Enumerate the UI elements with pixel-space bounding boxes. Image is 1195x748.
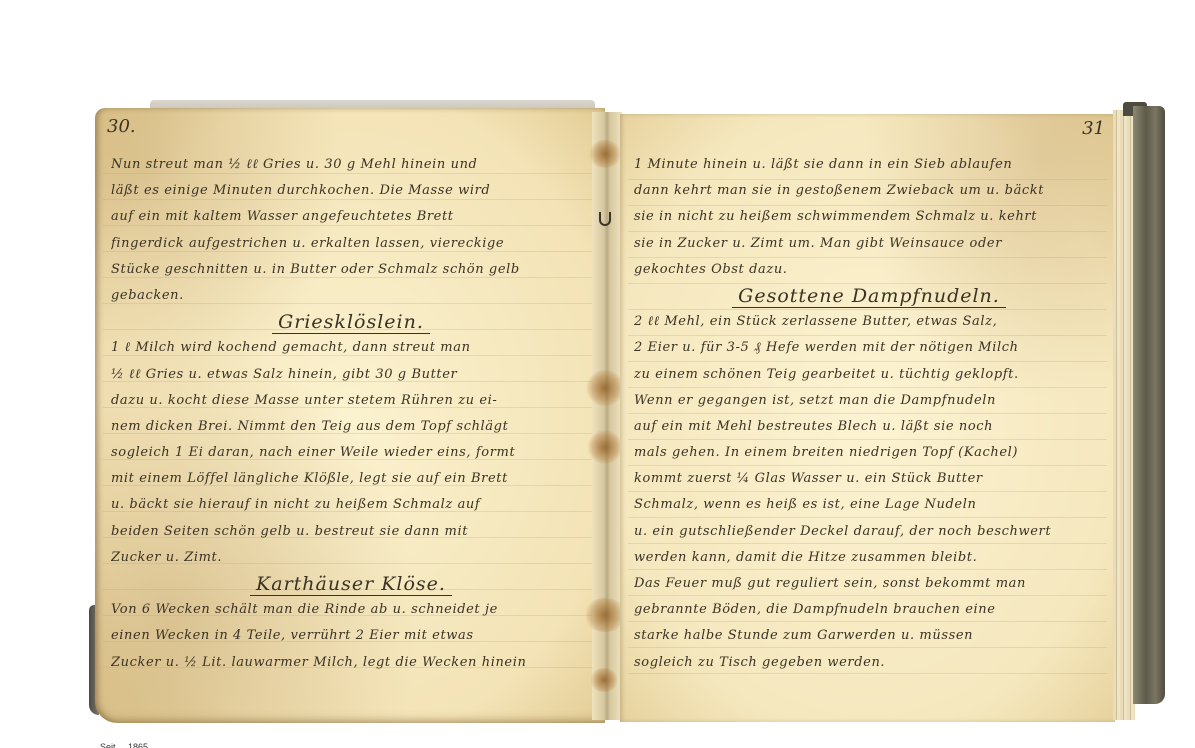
text-line: Von 6 Wecken schält man die Rinde ab u. …: [111, 597, 591, 623]
text-line: dann kehrt man sie in gestoßenem Zwiebac…: [634, 178, 1104, 204]
text-line: Wenn er gegangen ist, setzt man die Damp…: [634, 388, 1104, 414]
text-line: Nun streut man ½ ℓℓ Gries u. 30 g Mehl h…: [111, 152, 591, 178]
back-cover: [1133, 106, 1165, 704]
text-line: werden kann, damit die Hitze zusammen bl…: [634, 545, 1104, 571]
page-number-right: 31: [1082, 118, 1105, 139]
page-number-left: 30.: [107, 116, 136, 137]
heading-text: Griesklöslein.: [272, 311, 430, 334]
text-line: gebrannte Böden, die Dampfnudeln brauche…: [634, 597, 1104, 623]
heading-text: Karthäuser Klöse.: [250, 573, 452, 596]
text-line: gebacken.: [111, 283, 591, 309]
text-line: 2 ℓℓ Mehl, ein Stück zerlassene Butter, …: [634, 309, 1104, 335]
text-line: Stücke geschnitten u. in Butter oder Sch…: [111, 257, 591, 283]
text-line: dazu u. kocht diese Masse unter stetem R…: [111, 388, 591, 414]
page-stack-edge: [1113, 110, 1135, 720]
text-line: Zucker u. ½ Lit. lauwarmer Milch, legt d…: [111, 650, 591, 676]
text-line: 1 ℓ Milch wird kochend gemacht, dann str…: [111, 335, 591, 361]
text-line: fingerdick aufgestrichen u. erkalten las…: [111, 231, 591, 257]
text-line: sie in nicht zu heißem schwimmendem Schm…: [634, 204, 1104, 230]
stain: [588, 140, 622, 168]
text-line: mals gehen. In einem breiten niedrigen T…: [634, 440, 1104, 466]
heading-text: Gesottene Dampfnudeln.: [732, 285, 1006, 308]
text-line: auf ein mit kaltem Wasser angefeuchtetes…: [111, 204, 591, 230]
text-line: sogleich zu Tisch gegeben werden.: [634, 650, 1104, 676]
text-line: zu einem schönen Teig gearbeitet u. tüch…: [634, 362, 1104, 388]
text-line: 1 Minute hinein u. läßt sie dann in ein …: [634, 152, 1104, 178]
text-line: Das Feuer muß gut reguliert sein, sonst …: [634, 571, 1104, 597]
right-page-text: 1 Minute hinein u. läßt sie dann in ein …: [634, 152, 1104, 676]
text-line: kommt zuerst ¼ Glas Wasser u. ein Stück …: [634, 466, 1104, 492]
text-line: u. bäckt sie hierauf in nicht zu heißem …: [111, 492, 591, 518]
text-line: läßt es einige Minuten durchkochen. Die …: [111, 178, 591, 204]
stain: [589, 668, 619, 692]
recipe-heading-gesottene-dampfnudeln: Gesottene Dampfnudeln.: [634, 283, 1104, 309]
image-caption: Seit ... 1865 ...: [100, 742, 158, 748]
text-line: 2 Eier u. für 3-5 ₰ Hefe werden mit der …: [634, 335, 1104, 361]
recipe-heading-griesklosslein: Griesklöslein.: [111, 309, 591, 335]
recipe-heading-karthaeuser-kloese: Karthäuser Klöse.: [111, 571, 591, 597]
text-line: Zucker u. Zimt.: [111, 545, 591, 571]
left-page-text: Nun streut man ½ ℓℓ Gries u. 30 g Mehl h…: [111, 152, 591, 676]
stain: [587, 430, 623, 464]
text-line: u. ein gutschließender Deckel darauf, de…: [634, 519, 1104, 545]
right-page: 31 1 Minute hinein u. läßt sie dann in e…: [620, 114, 1115, 722]
stain: [585, 370, 625, 406]
text-line: sie in Zucker u. Zimt um. Man gibt Weins…: [634, 231, 1104, 257]
binding-staple: [599, 212, 611, 226]
text-line: beiden Seiten schön gelb u. bestreut sie…: [111, 519, 591, 545]
text-line: ½ ℓℓ Gries u. etwas Salz hinein, gibt 30…: [111, 362, 591, 388]
text-line: sogleich 1 Ei daran, nach einer Weile wi…: [111, 440, 591, 466]
text-line: starke halbe Stunde zum Garwerden u. müs…: [634, 623, 1104, 649]
text-line: Schmalz, wenn es heiß es ist, eine Lage …: [634, 492, 1104, 518]
text-line: auf ein mit Mehl bestreutes Blech u. läß…: [634, 414, 1104, 440]
text-line: einen Wecken in 4 Teile, verrührt 2 Eier…: [111, 623, 591, 649]
text-line: gekochtes Obst dazu.: [634, 257, 1104, 283]
text-line: nem dicken Brei. Nimmt den Teig aus dem …: [111, 414, 591, 440]
left-page: 30. Nun streut man ½ ℓℓ Gries u. 30 g Me…: [95, 108, 605, 723]
open-cookbook: 30. Nun streut man ½ ℓℓ Gries u. 30 g Me…: [95, 100, 1170, 725]
text-line: mit einem Löffel längliche Klößle, legt …: [111, 466, 591, 492]
